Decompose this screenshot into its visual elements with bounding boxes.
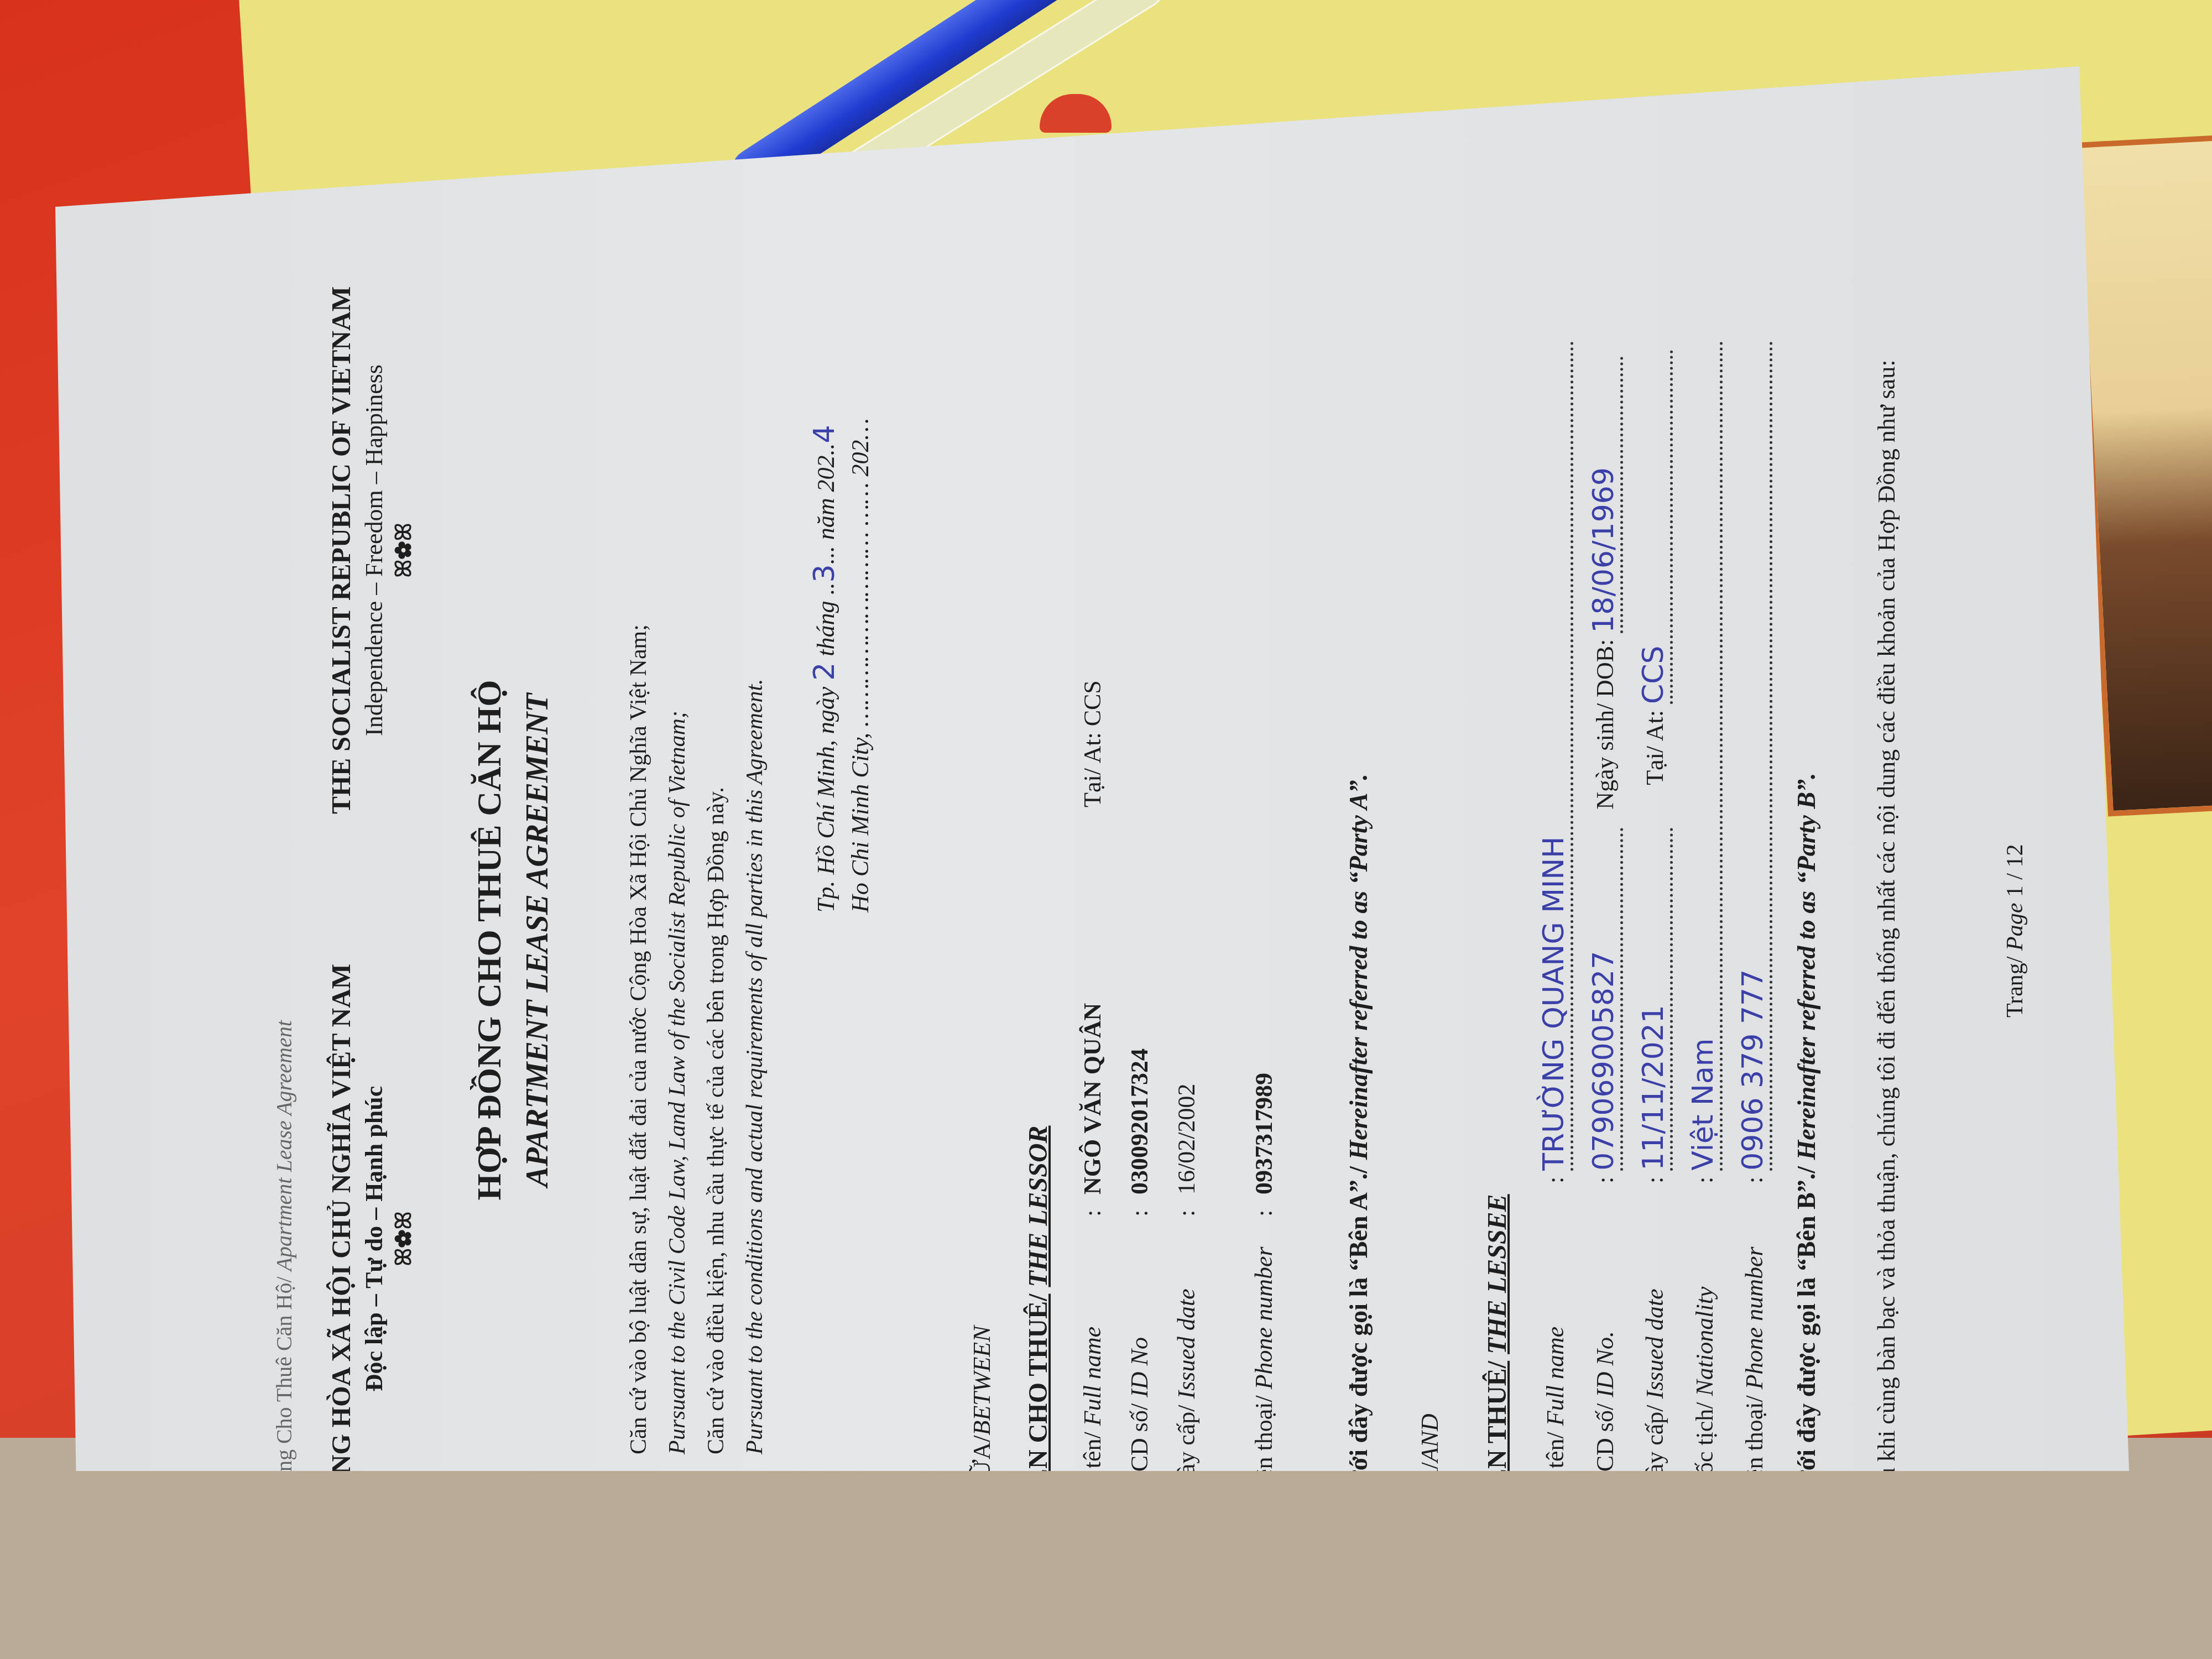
lessor-id-row: CCCD số/ ID No:030092017324 (1125, 1048, 1154, 1504)
handwritten-lessee-phone: 0906 379 777 (1736, 969, 1770, 1171)
lessor-full-name-row: Họ tên/ Full name:NGÔ VĂN QUÂN (1078, 1003, 1107, 1504)
lessor-phone-row: Điện thoại/ Phone number:0937317989 (1250, 1073, 1278, 1504)
lessee-nationality-row: Quốc tịch/ Nationality: Việt Nam (1687, 232, 1723, 1504)
lease-agreement-sheet: Hợp Đồng Cho Thuê Căn Hộ/ Apartment Leas… (55, 66, 2129, 1471)
handwritten-month: 3 (808, 564, 841, 582)
handwritten-lessee-issued-date: 11/11/2021 (1637, 1005, 1670, 1171)
page-number: Trang/ Page 1 / 12 (2002, 844, 2028, 1018)
document-title-en: APARTMENT LEASE AGREEMENT (520, 276, 555, 1604)
handwritten-lessee-dob: 18/06/1969 (1587, 467, 1620, 633)
handwritten-day: 2 (808, 662, 841, 681)
handwritten-lessee-id: 079069005827 (1587, 951, 1620, 1171)
lessor-issued-row: Ngày cấp/ Issued date:16/02/2002 Tại/ At… (1172, 232, 1201, 1504)
document-title-vi: HỢP ĐỒNG CHO THUÊ CĂN HỘ (470, 276, 509, 1604)
lessee-full-name-row: Họ tên/ Full name: TRƯỜNG QUANG MINH (1537, 232, 1573, 1504)
background-floor (0, 1438, 2212, 1659)
date-place-line: Tp. Hồ Chí Minh, ngày 2 tháng ..3... năm… (807, 418, 878, 912)
lessee-phone-row: Điện thoại/ Phone number: 0906 379 777 (1736, 232, 1772, 1504)
lessee-id-row: CCCD số/ ID No.: 079069005827 Ngày sinh/… (1587, 232, 1623, 1504)
handwritten-lessee-nationality: Việt Nam (1687, 1039, 1720, 1171)
legal-basis-item: - Căn cứ vào bộ luật dân sự, luật đất đa… (619, 288, 697, 1504)
lessee-heading: BÊN THUÊ/ THE LESSEE (1482, 1194, 1512, 1504)
handwritten-year-digit: 4 (808, 425, 841, 443)
handwritten-lessee-issued-at: CCS (1637, 645, 1670, 704)
running-header: Hợp Đồng Cho Thuê Căn Hộ/ Apartment Leas… (271, 1020, 297, 1543)
legal-basis-item: - Căn cứ vào điều kiện, nhu cầu thực tế … (697, 288, 774, 1504)
national-header-en: THE SOCIALIST REPUBLIC OF VIETNAM Indepe… (326, 205, 416, 896)
closing-paragraph: Sau khi cùng bàn bạc và thỏa thuận, chún… (1869, 260, 1905, 1504)
ornament-icon: ꕤ✿ꕤ (390, 205, 416, 896)
legal-basis-list: - Căn cứ vào bộ luật dân sự, luật đất đa… (619, 288, 774, 1504)
document-page: Hợp Đồng Cho Thuê Căn Hộ/ Apartment Leas… (182, 221, 2007, 1604)
lessee-issued-row: Ngày cấp/ Issued date: 11/11/2021 Tại/ A… (1637, 232, 1673, 1504)
party-b-note: Dưới đây được gọi là “Bên B”./ Hereinaft… (1792, 773, 1821, 1504)
handwritten-lessee-name: TRƯỜNG QUANG MINH (1537, 837, 1571, 1171)
party-a-note: Dưới đây được gọi là “Bên A”./ Hereinaft… (1344, 774, 1373, 1504)
lessor-heading: BÊN CHO THUÊ/ THE LESSOR (1023, 1125, 1053, 1504)
